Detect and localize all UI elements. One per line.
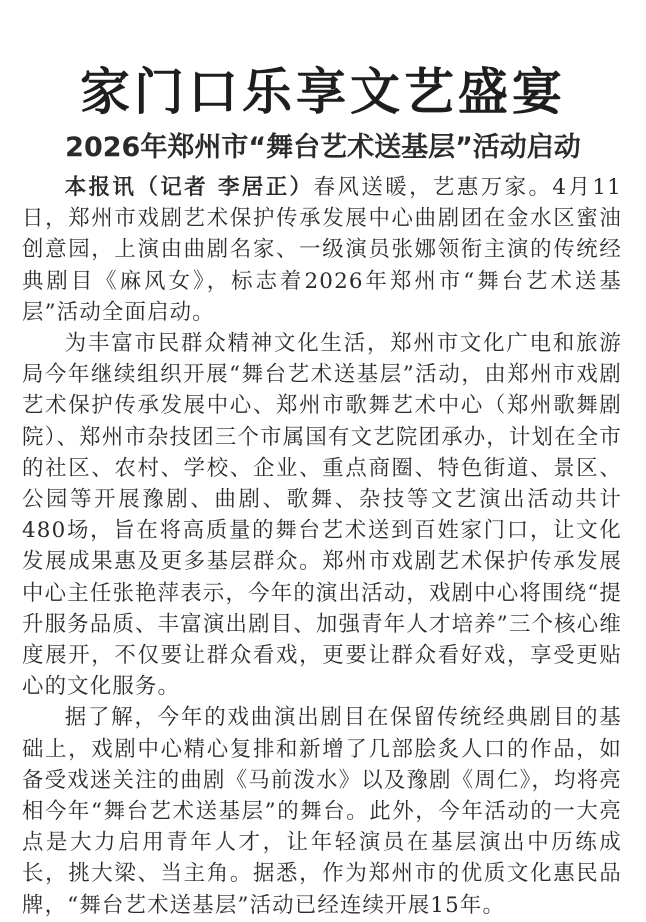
article-paragraph: 本报讯（记者 李居正）春风送暖，艺惠万家。4月11日，郑州市戏剧艺术保护传承发展…	[22, 172, 622, 328]
article-subheadline: 2026年郑州市“舞台艺术送基层”活动启动	[0, 128, 646, 168]
article-paragraph: 为丰富市民群众精神文化生活，郑州市文化广电和旅游局今年继续组织开展“舞台艺术送基…	[22, 328, 622, 702]
article-paragraph: 据了解，今年的戏曲演出剧目在保留传统经典剧目的基础上，戏剧中心精心复排和新增了几…	[22, 702, 622, 920]
article-headline: 家门口乐享文艺盛宴	[0, 60, 646, 124]
article-body: 本报讯（记者 李居正）春风送暖，艺惠万家。4月11日，郑州市戏剧艺术保护传承发展…	[22, 172, 622, 921]
byline-lead: 本报讯（记者 李居正）	[65, 175, 314, 200]
